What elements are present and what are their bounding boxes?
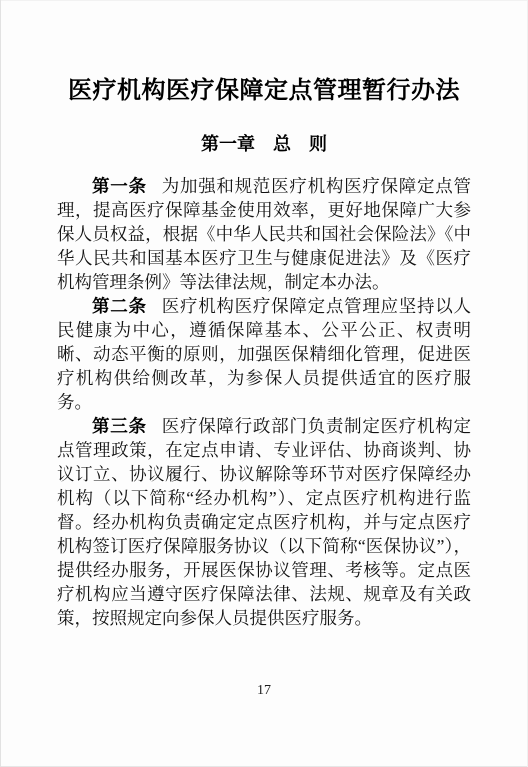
chapter-heading: 第一章 总 则 <box>57 133 471 155</box>
document-title: 医疗机构医疗保障定点管理暂行办法 <box>57 76 471 106</box>
article-label-3: 第三条 <box>92 416 147 436</box>
article-text-3: 医疗保障行政部门负责制定医疗机构定点管理政策，在定点申请、专业评估、协商谈判、协… <box>57 416 471 628</box>
page-content: 医疗机构医疗保障定点管理暂行办法 第一章 总 则 第一条为加强和规范医疗机构医疗… <box>57 0 471 630</box>
article-paragraph: 第三条医疗保障行政部门负责制定医疗机构定点管理政策，在定点申请、专业评估、协商谈… <box>57 414 471 630</box>
document-page: 医疗机构医疗保障定点管理暂行办法 第一章 总 则 第一条为加强和规范医疗机构医疗… <box>0 0 528 767</box>
article-label-2: 第二条 <box>92 296 147 316</box>
article-paragraph: 第二条医疗机构医疗保障定点管理应坚持以人民健康为中心，遵循保障基本、公平公正、权… <box>57 294 471 414</box>
body-text: 第一条为加强和规范医疗机构医疗保障定点管理，提高医疗保障基金使用效率，更好地保障… <box>57 174 471 630</box>
page-number: 17 <box>0 683 528 699</box>
article-paragraph: 第一条为加强和规范医疗机构医疗保障定点管理，提高医疗保障基金使用效率，更好地保障… <box>57 174 471 294</box>
article-label-1: 第一条 <box>92 176 147 196</box>
